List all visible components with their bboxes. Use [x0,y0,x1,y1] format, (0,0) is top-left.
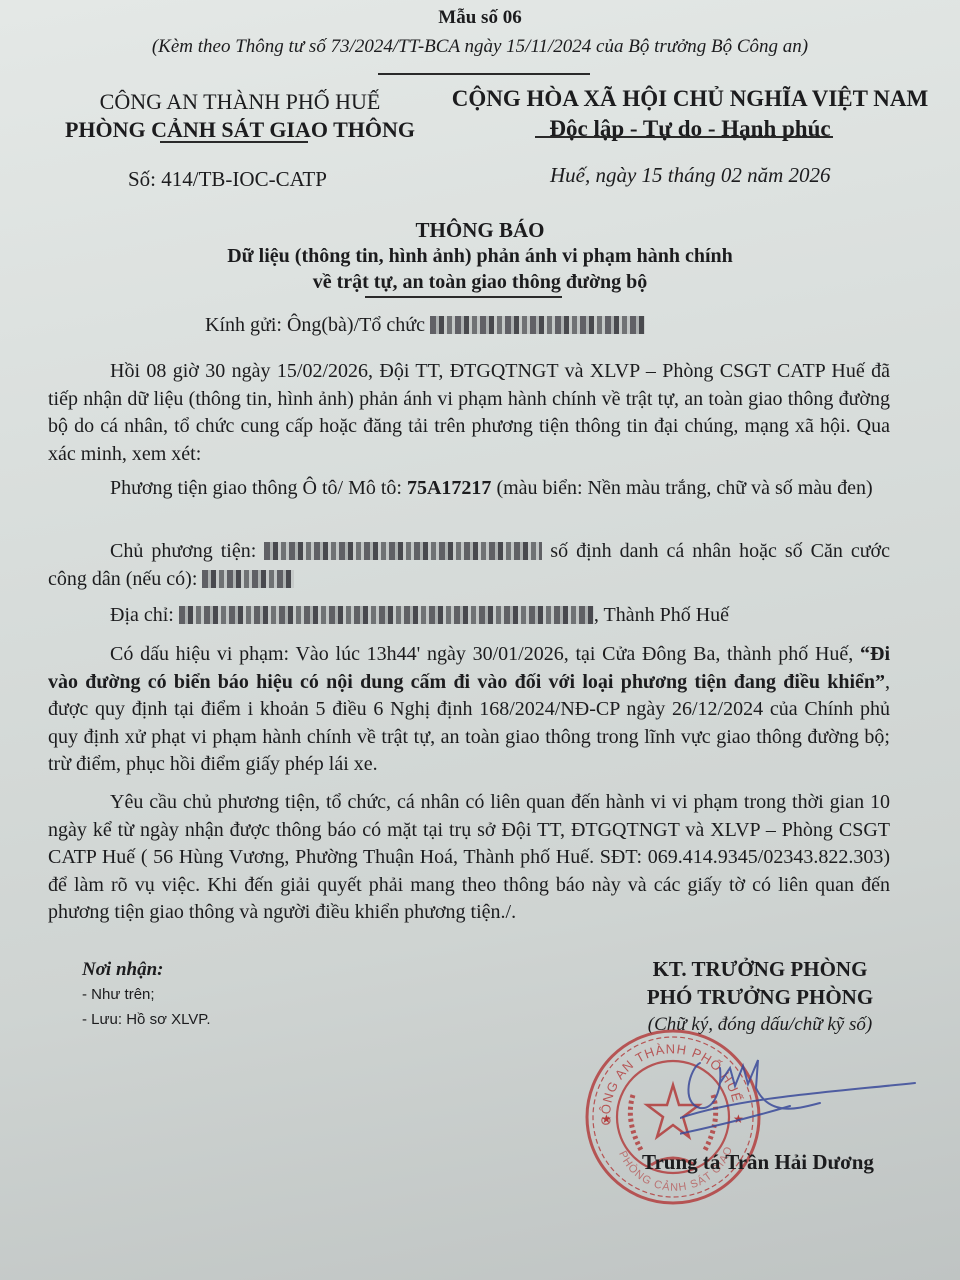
address-paragraph: Địa chỉ: , Thành Phố Huế [48,602,890,630]
violation-lead: Có dấu hiệu vi phạm: Vào lúc 13h44' ngày… [110,643,860,665]
title-main: THÔNG BÁO [0,217,960,243]
document-number: Số: 414/TB-IOC-CATP [128,167,327,192]
state-name: CỘNG HÒA XÃ HỘI CHỦ NGHĨA VIỆT NAM [440,84,940,114]
state-motto: Độc lập - Tự do - Hạnh phúc [440,114,940,144]
form-number: Mẫu số 06 [0,7,960,29]
receiver-item: - Như trên; [82,982,211,1007]
violation-paragraph: Có dấu hiệu vi phạm: Vào lúc 13h44' ngày… [48,641,890,779]
receivers-heading: Nơi nhận: [82,958,211,982]
divider [365,296,562,298]
license-plate: 75A17217 [407,477,491,499]
handwritten-signature-icon [680,1048,920,1138]
agency-parent: CÔNG AN THÀNH PHỐ HUẾ [40,88,440,116]
receivers-block: Nơi nhận: - Như trên; - Lưu: Hồ sơ XLVP. [82,958,211,1032]
redacted-owner-id [202,570,294,588]
divider [535,136,833,138]
agency-block: CÔNG AN THÀNH PHỐ HUẾ PHÒNG CẢNH SÁT GIA… [40,88,440,144]
signature-title-1: KT. TRƯỞNG PHÒNG [600,955,920,983]
redacted-owner-name [264,542,542,560]
intro-paragraph: Hồi 08 giờ 30 ngày 15/02/2026, Đội TT, Đ… [48,358,890,468]
signer-name: Trung tá Trần Hải Dương [642,1150,874,1175]
document-title: THÔNG BÁO Dữ liệu (thông tin, hình ảnh) … [0,217,960,295]
owner-label: Chủ phương tiện: [110,540,256,562]
divider [378,73,590,75]
divider [160,141,308,143]
recipient-label: Kính gửi: Ông(bà)/Tổ chức [205,314,425,336]
request-paragraph: Yêu cầu chủ phương tiện, tổ chức, cá nhâ… [48,789,890,927]
form-reference: (Kèm theo Thông tư số 73/2024/TT-BCA ngà… [0,36,960,58]
vehicle-paragraph: Phương tiện giao thông Ô tô/ Mô tô: 75A1… [48,475,890,503]
title-subtitle-1: Dữ liệu (thông tin, hình ảnh) phản ánh v… [0,243,960,269]
plate-color: (màu biển: Nền màu trắng, chữ và số màu … [496,477,872,499]
svg-text:★: ★ [601,1112,612,1126]
redacted-recipient [430,316,645,334]
address-label: Địa chỉ: [110,604,174,626]
redacted-address [179,606,594,624]
vehicle-label: Phương tiện giao thông Ô tô/ Mô tô: [110,477,402,499]
address-city: , Thành Phố Huế [594,604,729,626]
owner-paragraph: Chủ phương tiện: số định danh cá nhân ho… [48,538,890,593]
signature-title-2: PHÓ TRƯỞNG PHÒNG [600,983,920,1011]
state-header: CỘNG HÒA XÃ HỘI CHỦ NGHĨA VIỆT NAM Độc l… [440,84,940,144]
place-date: Huế, ngày 15 tháng 02 năm 2026 [550,163,831,188]
agency-name: PHÒNG CẢNH SÁT GIAO THÔNG [40,116,440,144]
recipient-line: Kính gửi: Ông(bà)/Tổ chức [205,314,645,337]
receiver-item: - Lưu: Hồ sơ XLVP. [82,1007,211,1032]
title-subtitle-2: về trật tự, an toàn giao thông đường bộ [0,269,960,295]
